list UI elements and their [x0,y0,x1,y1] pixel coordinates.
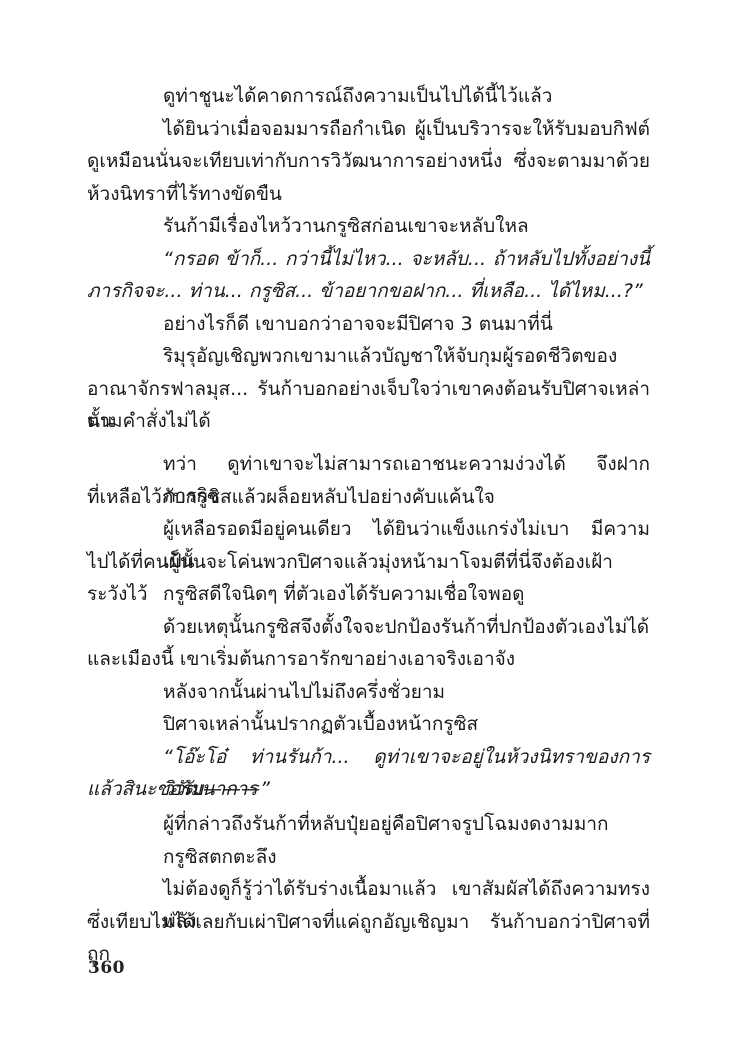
text-line: ห้วงนิทราที่ไร้ทางขัดขืน [87,178,650,210]
text-line: ไปได้ที่คนผู้นั้นจะโค่นพวกปิศาจแล้วมุ่งห… [87,546,650,578]
text-line: ดูท่าชูนะได้คาดการณ์ถึงความเป็นไปได้นี้ไ… [87,80,650,112]
text-line: ได้ยินว่าเมื่อจอมมารถือกำเนิด ผู้เป็นบริ… [87,113,650,145]
text-line: ตามคำสั่งไม่ได้ [87,405,650,437]
book-page: ดูท่าชูนะได้คาดการณ์ถึงความเป็นไปได้นี้ไ… [0,0,738,1051]
text-line: อย่างไรก็ดี เขาบอกว่าอาจจะมีปิศาจ 3 ตนมา… [87,308,650,340]
text-line: ริมุรุอัญเชิญพวกเขามาแล้วบัญชาให้จับกุมผ… [87,340,650,372]
text-line: รันก้ามีเรื่องไหว้วานกรูซิสก่อนเขาจะหลับ… [87,210,650,242]
dialogue-line: แล้วสินะขอรับ———” [87,773,650,805]
text-line: ซึ่งเทียบไม่ได้เลยกับเผ่าปิศาจที่แค่ถูกอ… [87,906,650,938]
text-line: กรูซิสตกตะลึง [87,841,650,873]
text-line: ผู้เหลือรอดมีอยู่คนเดียว ได้ยินว่าแข็งแก… [87,513,650,545]
dialogue-line: “โอ๊ะโอ๋ ท่านรันก้า... ดูท่าเขาจะอยู่ในห… [87,741,650,773]
dialogue-line: “กรอด ข้าก็... กว่านี้ไม่ไหว... จะหลับ..… [87,243,650,275]
text-line: ดูเหมือนนั่นจะเทียบเท่ากับการวิวัฒนาการอ… [87,145,650,177]
text-line: ที่เหลือไว้กับกรูซิสแล้วผล็อยหลับไปอย่าง… [87,481,650,513]
text-line: ปิศาจเหล่านั้นปรากฏตัวเบื้องหน้ากรูซิส [87,708,650,740]
page-number: 360 [88,958,125,978]
text-line: ด้วยเหตุนั้นกรูซิสจึงตั้งใจจะปกป้องรันก้… [87,611,650,643]
text-line: ผู้ที่กล่าวถึงรันก้าที่หลับปุ๋ยอยู่คือปิ… [87,808,650,840]
text-line: อาณาจักรฟาลมุส... รันก้าบอกอย่างเจ็บใจว่… [87,373,650,405]
text-line: และเมืองนี้ เขาเริ่มต้นการอารักขาอย่างเอ… [87,643,650,675]
text-line: กรูซิสดีใจนิดๆ ที่ตัวเองได้รับความเชื่อใ… [87,578,650,610]
text-line: ทว่า ดูท่าเขาจะไม่สามารถเอาชนะความง่วงได… [87,448,650,480]
dialogue-line: ภารกิจจะ... ท่าน... กรูซิส... ข้าอยากขอฝ… [87,275,650,307]
text-line: หลังจากนั้นผ่านไปไม่ถึงครึ่งชั่วยาม [87,676,650,708]
text-line: ไม่ต้องดูก็รู้ว่าได้รับร่างเนื้อมาแล้ว เ… [87,873,650,905]
